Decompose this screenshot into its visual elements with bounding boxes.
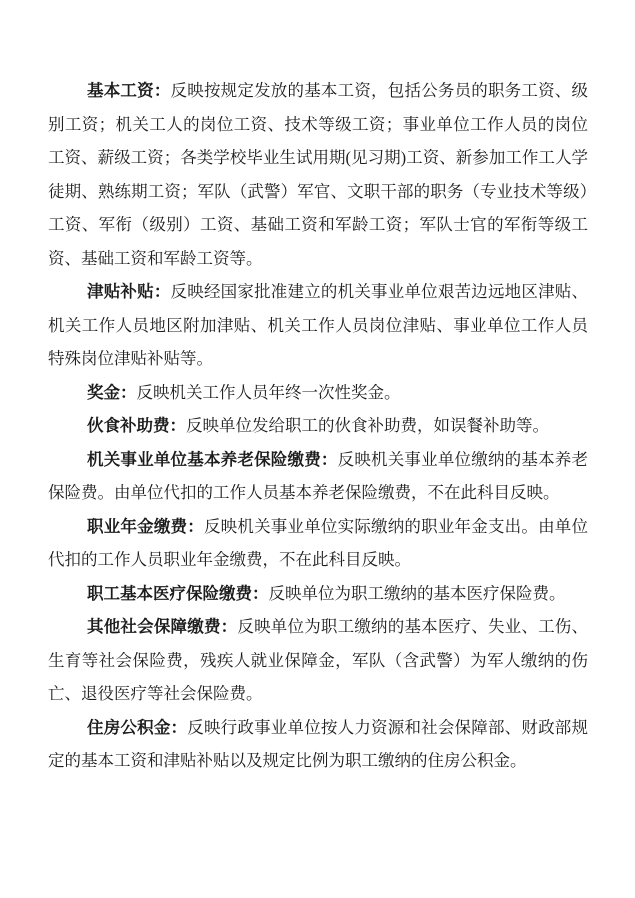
term-medical-insurance: 职工基本医疗保险缴费： <box>87 584 269 603</box>
body-medical-insurance: 反映单位为职工缴纳的基本医疗保险费。 <box>269 584 566 603</box>
paragraph-other-social-security: 其他社会保障缴费：反映单位为职工缴纳的基本医疗、失业、工伤、生育等社会保险费，残… <box>48 610 588 711</box>
term-pension-contribution: 机关事业单位基本养老保险缴费： <box>87 450 338 469</box>
paragraph-allowances: 津贴补贴：反映经国家批准建立的机关事业单位艰苦边远地区津贴、机关工作人员地区附加… <box>48 275 588 376</box>
document-page: 基本工资：反映按规定发放的基本工资，包括公务员的职务工资、级别工资；机关工人的岗… <box>0 0 635 898</box>
term-allowances: 津贴补贴： <box>87 282 171 301</box>
term-occupational-annuity: 职业年金缴费： <box>87 517 204 536</box>
paragraph-meal-subsidy: 伙食补助费：反映单位发给职工的伙食补助费，如误餐补助等。 <box>48 409 588 443</box>
term-bonus: 奖金： <box>87 383 137 402</box>
term-other-social-security: 其他社会保障缴费： <box>87 617 237 636</box>
paragraph-housing-fund: 住房公积金：反映行政事业单位按人力资源和社会保障部、财政部规定的基本工资和津贴补… <box>48 711 588 778</box>
term-basic-wage: 基本工资： <box>87 81 171 100</box>
body-basic-wage: 反映按规定发放的基本工资，包括公务员的职务工资、级别工资；机关工人的岗位工资、技… <box>48 81 588 268</box>
paragraph-pension-contribution: 机关事业单位基本养老保险缴费：反映机关事业单位缴纳的基本养老保险费。由单位代扣的… <box>48 443 588 510</box>
body-bonus: 反映机关工作人员年终一次性奖金。 <box>137 383 401 402</box>
paragraph-medical-insurance: 职工基本医疗保险缴费：反映单位为职工缴纳的基本医疗保险费。 <box>48 577 588 611</box>
paragraph-occupational-annuity: 职业年金缴费：反映机关事业单位实际缴纳的职业年金支出。由单位代扣的工作人员职业年… <box>48 510 588 577</box>
term-housing-fund: 住房公积金： <box>87 718 187 737</box>
paragraph-basic-wage: 基本工资：反映按规定发放的基本工资，包括公务员的职务工资、级别工资；机关工人的岗… <box>48 74 588 275</box>
body-meal-subsidy: 反映单位发给职工的伙食补助费，如误餐补助等。 <box>186 416 549 435</box>
paragraph-bonus: 奖金：反映机关工作人员年终一次性奖金。 <box>48 376 588 410</box>
term-meal-subsidy: 伙食补助费： <box>87 416 186 435</box>
